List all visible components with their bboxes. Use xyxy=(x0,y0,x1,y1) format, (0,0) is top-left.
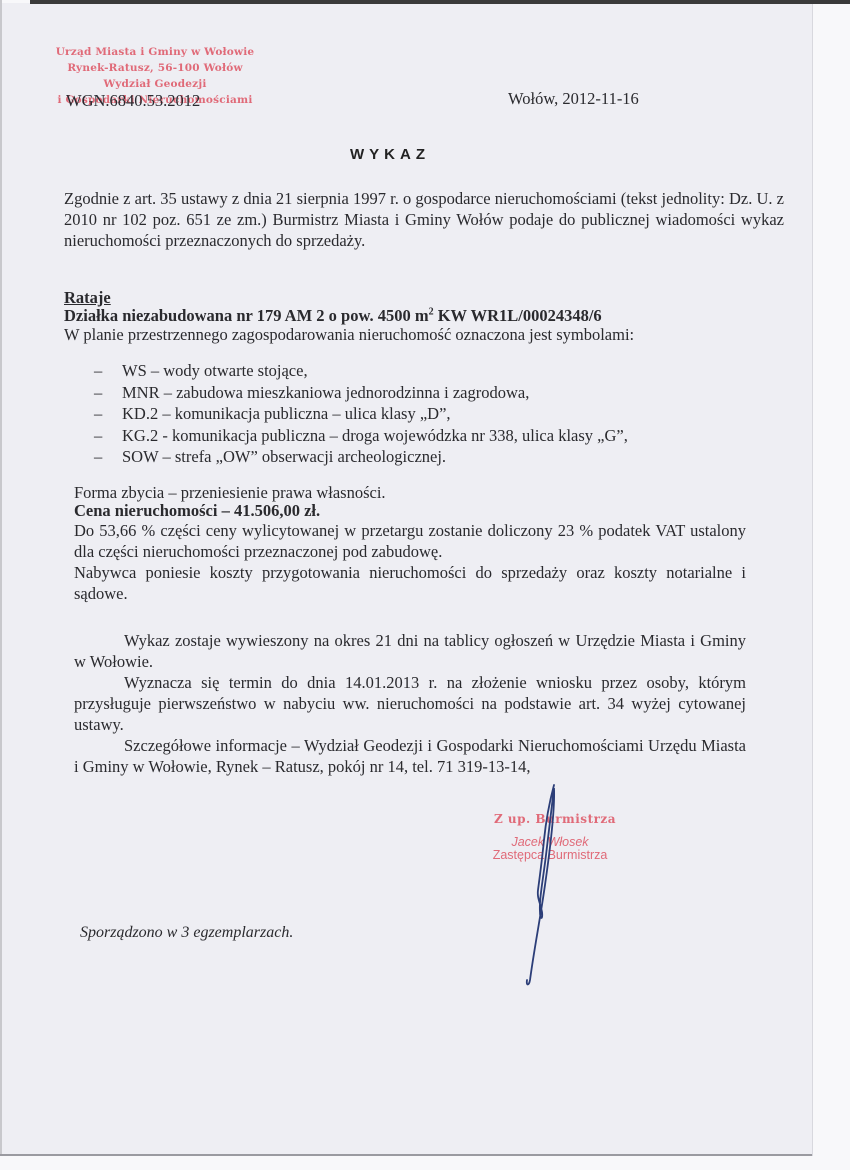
plot-description-prefix: Działka niezabudowana nr 179 AM 2 o pow.… xyxy=(64,306,429,325)
stamp-line: Rynek-Ratusz, 56-100 Wołów xyxy=(50,60,260,76)
list-dash: – xyxy=(94,382,102,404)
list-dash: – xyxy=(94,403,102,425)
property-price: Cena nieruchomości – 41.506,00 zł. xyxy=(74,501,320,521)
copies-note: Sporządzono w 3 egzemplarzach. xyxy=(80,924,293,942)
property-location: Rataje xyxy=(64,288,111,308)
symbol-text: KG.2 - komunikacja publiczna – droga woj… xyxy=(122,426,628,445)
symbol-text: MNR – zabudowa mieszkaniowa jednorodzinn… xyxy=(122,383,529,402)
plot-description: Działka niezabudowana nr 179 AM 2 o pow.… xyxy=(64,306,602,326)
land-register-number: KW WR1L/00024348/6 xyxy=(434,306,602,325)
list-dash: – xyxy=(94,446,102,468)
place-date: Wołów, 2012-11-16 xyxy=(508,89,639,109)
zoning-plan-intro: W planie przestrzennego zagospodarowania… xyxy=(64,325,634,345)
costs-note: Nabywca poniesie koszty przygotowania ni… xyxy=(74,562,746,604)
posting-notice: Wykaz zostaje wywieszony na okres 21 dni… xyxy=(74,630,746,672)
deadline-notice: Wyznacza się termin do dnia 14.01.2013 r… xyxy=(74,672,746,735)
handwritten-signature-icon xyxy=(510,780,570,990)
stamp-line: Wydział Geodezji xyxy=(50,76,260,92)
list-dash: – xyxy=(94,425,102,447)
details-notice: Szczegółowe informacje – Wydział Geodezj… xyxy=(74,735,746,777)
list-item: –SOW – strefa „OW” obserwacji archeologi… xyxy=(94,446,628,468)
list-item: –KD.2 – komunikacja publiczna – ulica kl… xyxy=(94,403,628,425)
list-item: –MNR – zabudowa mieszkaniowa jednorodzin… xyxy=(94,382,628,404)
disposal-form: Forma zbycia – przeniesienie prawa własn… xyxy=(74,483,386,503)
vat-note: Do 53,66 % części ceny wylicytowanej w p… xyxy=(74,520,746,562)
list-item: –WS – wody otwarte stojące, xyxy=(94,360,628,382)
document-title: WYKAZ xyxy=(0,146,780,163)
scan-left-edge xyxy=(0,0,2,1154)
symbol-text: SOW – strefa „OW” obserwacji archeologic… xyxy=(122,447,446,466)
symbol-text: WS – wody otwarte stojące, xyxy=(122,361,308,380)
symbol-text: KD.2 – komunikacja publiczna – ulica kla… xyxy=(122,404,451,423)
stamp-line: Urząd Miasta i Gminy w Wołowie xyxy=(50,44,260,60)
reference-number: WGN.6840.53.2012 xyxy=(66,91,200,111)
list-item: –KG.2 - komunikacja publiczna – droga wo… xyxy=(94,425,628,447)
intro-paragraph: Zgodnie z art. 35 ustawy z dnia 21 sierp… xyxy=(64,188,784,251)
price-notes: Do 53,66 % części ceny wylicytowanej w p… xyxy=(74,520,746,604)
zoning-symbols-list: –WS – wody otwarte stojące, –MNR – zabud… xyxy=(94,360,628,468)
scan-top-edge xyxy=(30,0,850,4)
list-dash: – xyxy=(94,360,102,382)
notices: Wykaz zostaje wywieszony na okres 21 dni… xyxy=(74,630,746,777)
